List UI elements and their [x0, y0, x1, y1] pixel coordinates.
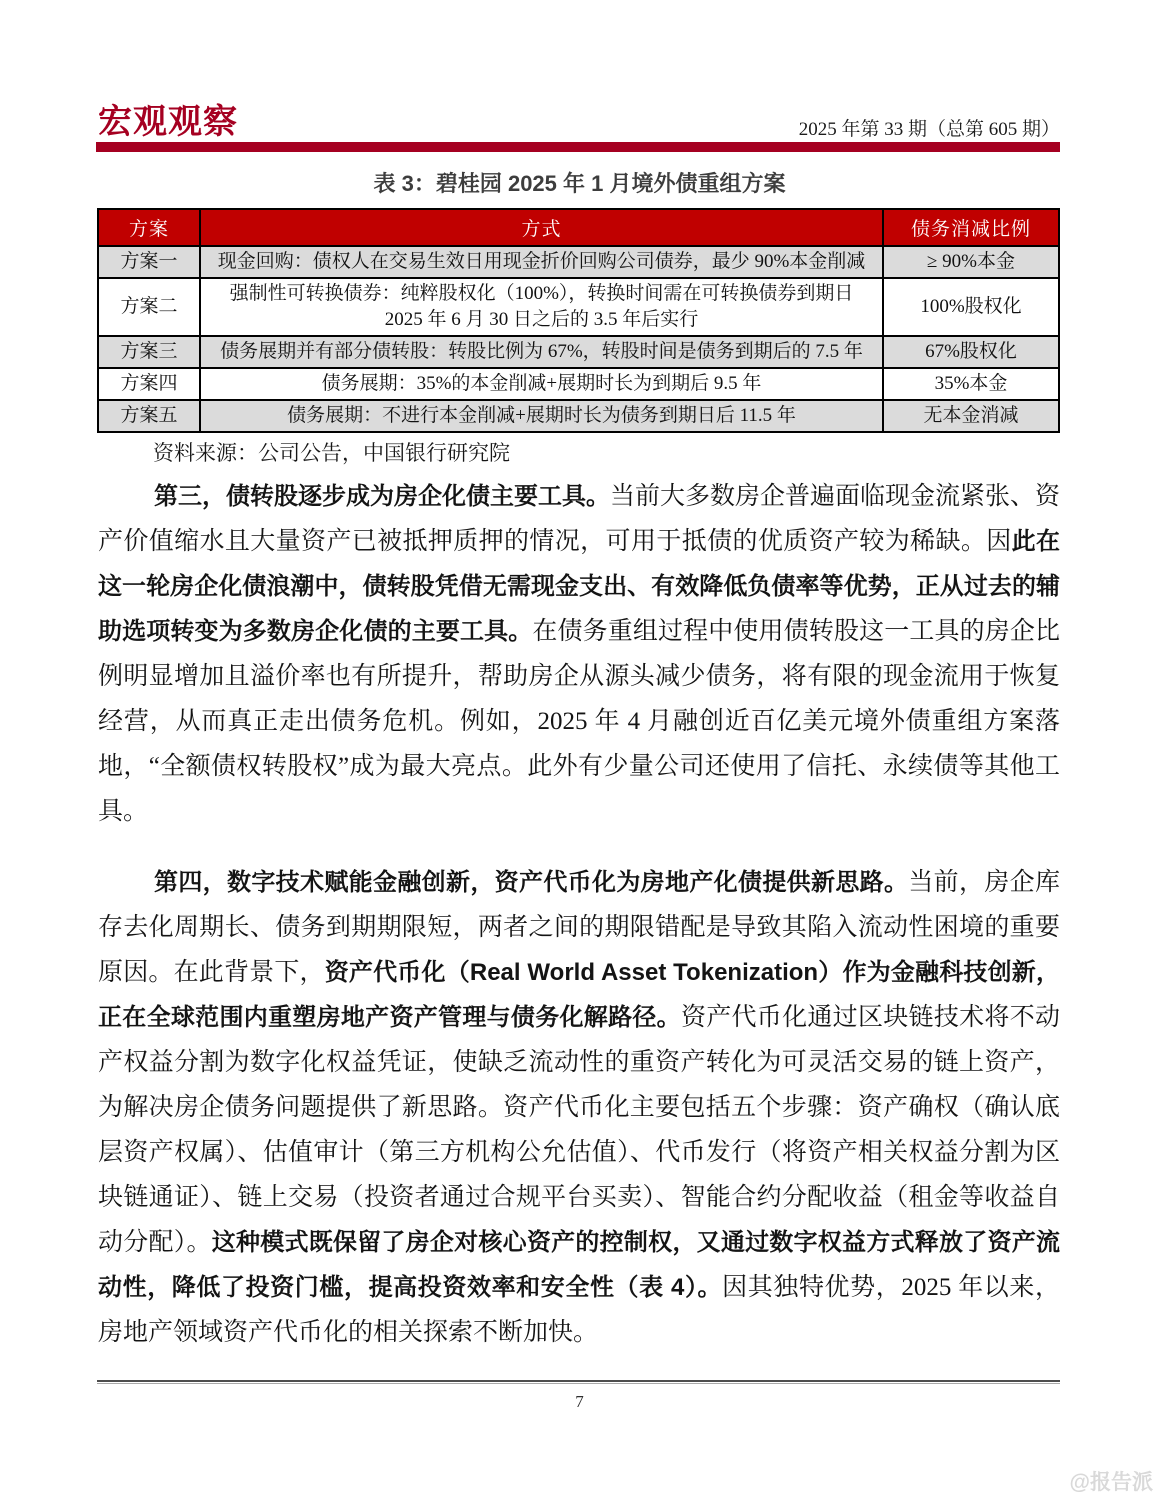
table-header-row: 方案 方式 债务消减比例: [98, 209, 1059, 246]
emphasized-text: 第四，数字技术赋能金融创新，资产代币化为房地产化债提供新思路。: [154, 869, 908, 896]
table-cell-ratio: ≥ 90%本金: [883, 246, 1059, 278]
footer-rule: [97, 1380, 1060, 1384]
table-cell-plan: 方案一: [98, 246, 200, 278]
table-cell-ratio: 35%本金: [883, 368, 1059, 400]
publication-title: 宏观观察: [98, 94, 238, 143]
table-cell-plan: 方案三: [98, 336, 200, 368]
body-text: 第三，债转股逐步成为房企化债主要工具。当前大多数房企普遍面临现金流紧张、资产价值…: [98, 474, 1060, 1381]
header-rule: [96, 142, 1060, 152]
page-number: 7: [0, 1392, 1159, 1412]
table-row: 方案三债务展期并有部分债转股：转股比例为 67%，转股时间是债务到期后的 7.5…: [98, 336, 1059, 368]
table-row: 方案四债务展期：35%的本金削减+展期时长为到期后 9.5 年35%本金: [98, 368, 1059, 400]
table-cell-method: 现金回购：债权人在交易生效日用现金折价回购公司债券，最少 90%本金削减: [200, 246, 883, 278]
table-row: 方案一现金回购：债权人在交易生效日用现金折价回购公司债券，最少 90%本金削减≥…: [98, 246, 1059, 278]
table-cell-method: 债务展期：35%的本金削减+展期时长为到期后 9.5 年: [200, 368, 883, 400]
data-source-note: 资料来源：公司公告，中国银行研究院: [97, 437, 1060, 467]
table-cell-plan: 方案五: [98, 400, 200, 432]
table-title: 表 3：碧桂园 2025 年 1 月境外债重组方案: [0, 167, 1159, 198]
col-header-method: 方式: [200, 209, 883, 246]
paragraph: 第四，数字技术赋能金融创新，资产代币化为房地产化债提供新思路。当前，房企库存去化…: [98, 860, 1060, 1355]
col-header-ratio: 债务消减比例: [883, 209, 1059, 246]
watermark: @报告派: [1070, 1466, 1153, 1496]
table-cell-method: 债务展期：不进行本金削减+展期时长为债务到期日后 11.5 年: [200, 400, 883, 432]
body-text-segment: 资产代币化通过区块链技术将不动产权益分割为数字化权益凭证，使缺乏流动性的重资产转…: [98, 1004, 1060, 1256]
table-row: 方案五债务展期：不进行本金削减+展期时长为债务到期日后 11.5 年无本金消减: [98, 400, 1059, 432]
table-cell-ratio: 无本金消减: [883, 400, 1059, 432]
table-cell-ratio: 67%股权化: [883, 336, 1059, 368]
paragraph: 第三，债转股逐步成为房企化债主要工具。当前大多数房企普遍面临现金流紧张、资产价值…: [98, 474, 1060, 834]
table-cell-method: 债务展期并有部分债转股：转股比例为 67%，转股时间是债务到期后的 7.5 年: [200, 336, 883, 368]
body-text-segment: 在债务重组过程中使用债转股这一工具的房企比例明显增加且溢价率也有所提升，帮助房企…: [98, 618, 1060, 825]
restructuring-table: 方案 方式 债务消减比例 方案一现金回购：债权人在交易生效日用现金折价回购公司债…: [97, 208, 1060, 433]
issue-number: 2025 年第 33 期（总第 605 期）: [799, 114, 1060, 141]
restructuring-table-wrap: 方案 方式 债务消减比例 方案一现金回购：债权人在交易生效日用现金折价回购公司债…: [97, 208, 1060, 433]
col-header-plan: 方案: [98, 209, 200, 246]
table-row: 方案二强制性可转换债券：纯粹股权化（100%），转换时间需在可转换债券到期日 2…: [98, 278, 1059, 336]
emphasized-text: 第三，债转股逐步成为房企化债主要工具。: [154, 483, 610, 510]
table-cell-method: 强制性可转换债券：纯粹股权化（100%），转换时间需在可转换债券到期日 2025…: [200, 278, 883, 336]
table-cell-plan: 方案四: [98, 368, 200, 400]
table-cell-plan: 方案二: [98, 278, 200, 336]
table-cell-ratio: 100%股权化: [883, 278, 1059, 336]
